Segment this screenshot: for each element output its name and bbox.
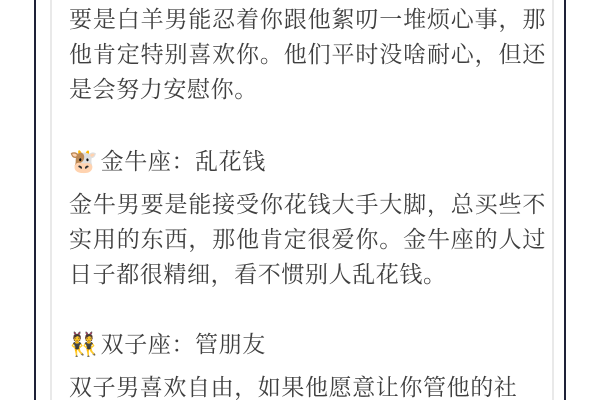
heading-taurus: 🐮金牛座：乱花钱 — [69, 144, 546, 179]
paragraph-taurus: 金牛男要是能接受你花钱大手大脚，总买些不实用的东西，那他肯定很爱你。金牛座的人过… — [69, 187, 546, 292]
people-with-bunny-ears-emoji: 👯 — [69, 331, 98, 357]
article-content: 要是白羊男能忍着你跟他絮叨一堆烦心事，那他肯定特别喜欢你。他们平时没啥耐心，但还… — [69, 0, 546, 400]
article-page: 要是白羊男能忍着你跟他絮叨一堆烦心事，那他肯定特别喜欢你。他们平时没啥耐心，但还… — [0, 0, 600, 400]
heading-taurus-label: 金牛座：乱花钱 — [101, 148, 266, 174]
heading-gemini-label: 双子座：管朋友 — [101, 331, 266, 357]
card-left-inner-line — [50, 0, 52, 400]
card-right-outer-border — [564, 0, 566, 400]
paragraph-gemini: 双子男喜欢自由，如果他愿意让你管他的社 — [69, 370, 546, 400]
paragraph-aries: 要是白羊男能忍着你跟他絮叨一堆烦心事，那他肯定特别喜欢你。他们平时没啥耐心，但还… — [69, 2, 546, 107]
card-left-outer-border — [34, 0, 36, 400]
card-right-inner-line — [552, 0, 554, 400]
heading-gemini: 👯双子座：管朋友 — [69, 327, 546, 362]
cow-face-emoji: 🐮 — [69, 148, 98, 174]
